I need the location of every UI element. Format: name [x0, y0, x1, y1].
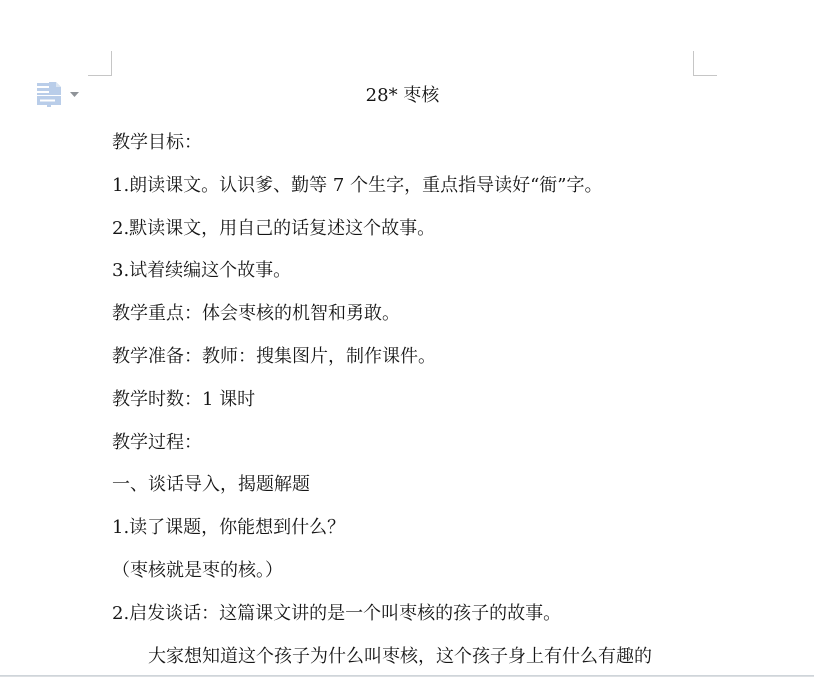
word-document-view: 28* 枣核 教学目标：1.朗读课文。认识爹、勤等 7 个生字，重点指导读好“衙…	[0, 0, 814, 677]
chevron-down-icon	[70, 92, 79, 97]
document-paragraph[interactable]: 2.启发谈话：这篇课文讲的是一个叫枣核的孩子的故事。	[112, 593, 752, 636]
text-boundary-mark-top-right	[693, 51, 717, 76]
clipboard-paste-icon	[35, 81, 63, 108]
document-paragraph[interactable]: 教学过程：	[112, 422, 752, 465]
document-paragraph[interactable]: 教学准备：教师：搜集图片，制作课件。	[112, 336, 752, 379]
document-body[interactable]: 教学目标：1.朗读课文。认识爹、勤等 7 个生字，重点指导读好“衙”字。2.默读…	[112, 122, 752, 677]
document-paragraph[interactable]: 教学重点：体会枣核的机智和勇敢。	[112, 293, 752, 336]
document-paragraph[interactable]: （枣核就是枣的核。）	[112, 550, 752, 593]
document-paragraph[interactable]: 一、谈话导入，揭题解题	[112, 464, 752, 507]
document-paragraph[interactable]: 2.默读课文，用自己的话复述这个故事。	[112, 208, 752, 251]
document-paragraph[interactable]: 教学时数：1 课时	[112, 379, 752, 422]
page-title[interactable]: 28* 枣核	[112, 86, 693, 106]
text-boundary-mark-top-left	[88, 51, 112, 76]
paste-options-button[interactable]	[35, 81, 79, 108]
document-paragraph[interactable]: 3.试着续编这个故事。	[112, 250, 752, 293]
document-paragraph[interactable]: 大家想知道这个孩子为什么叫枣核，这个孩子身上有什么有趣的	[112, 636, 752, 677]
document-paragraph[interactable]: 1.朗读课文。认识爹、勤等 7 个生字，重点指导读好“衙”字。	[112, 165, 752, 208]
document-paragraph[interactable]: 1.读了课题，你能想到什么？	[112, 507, 752, 550]
document-paragraph[interactable]: 教学目标：	[112, 122, 752, 165]
